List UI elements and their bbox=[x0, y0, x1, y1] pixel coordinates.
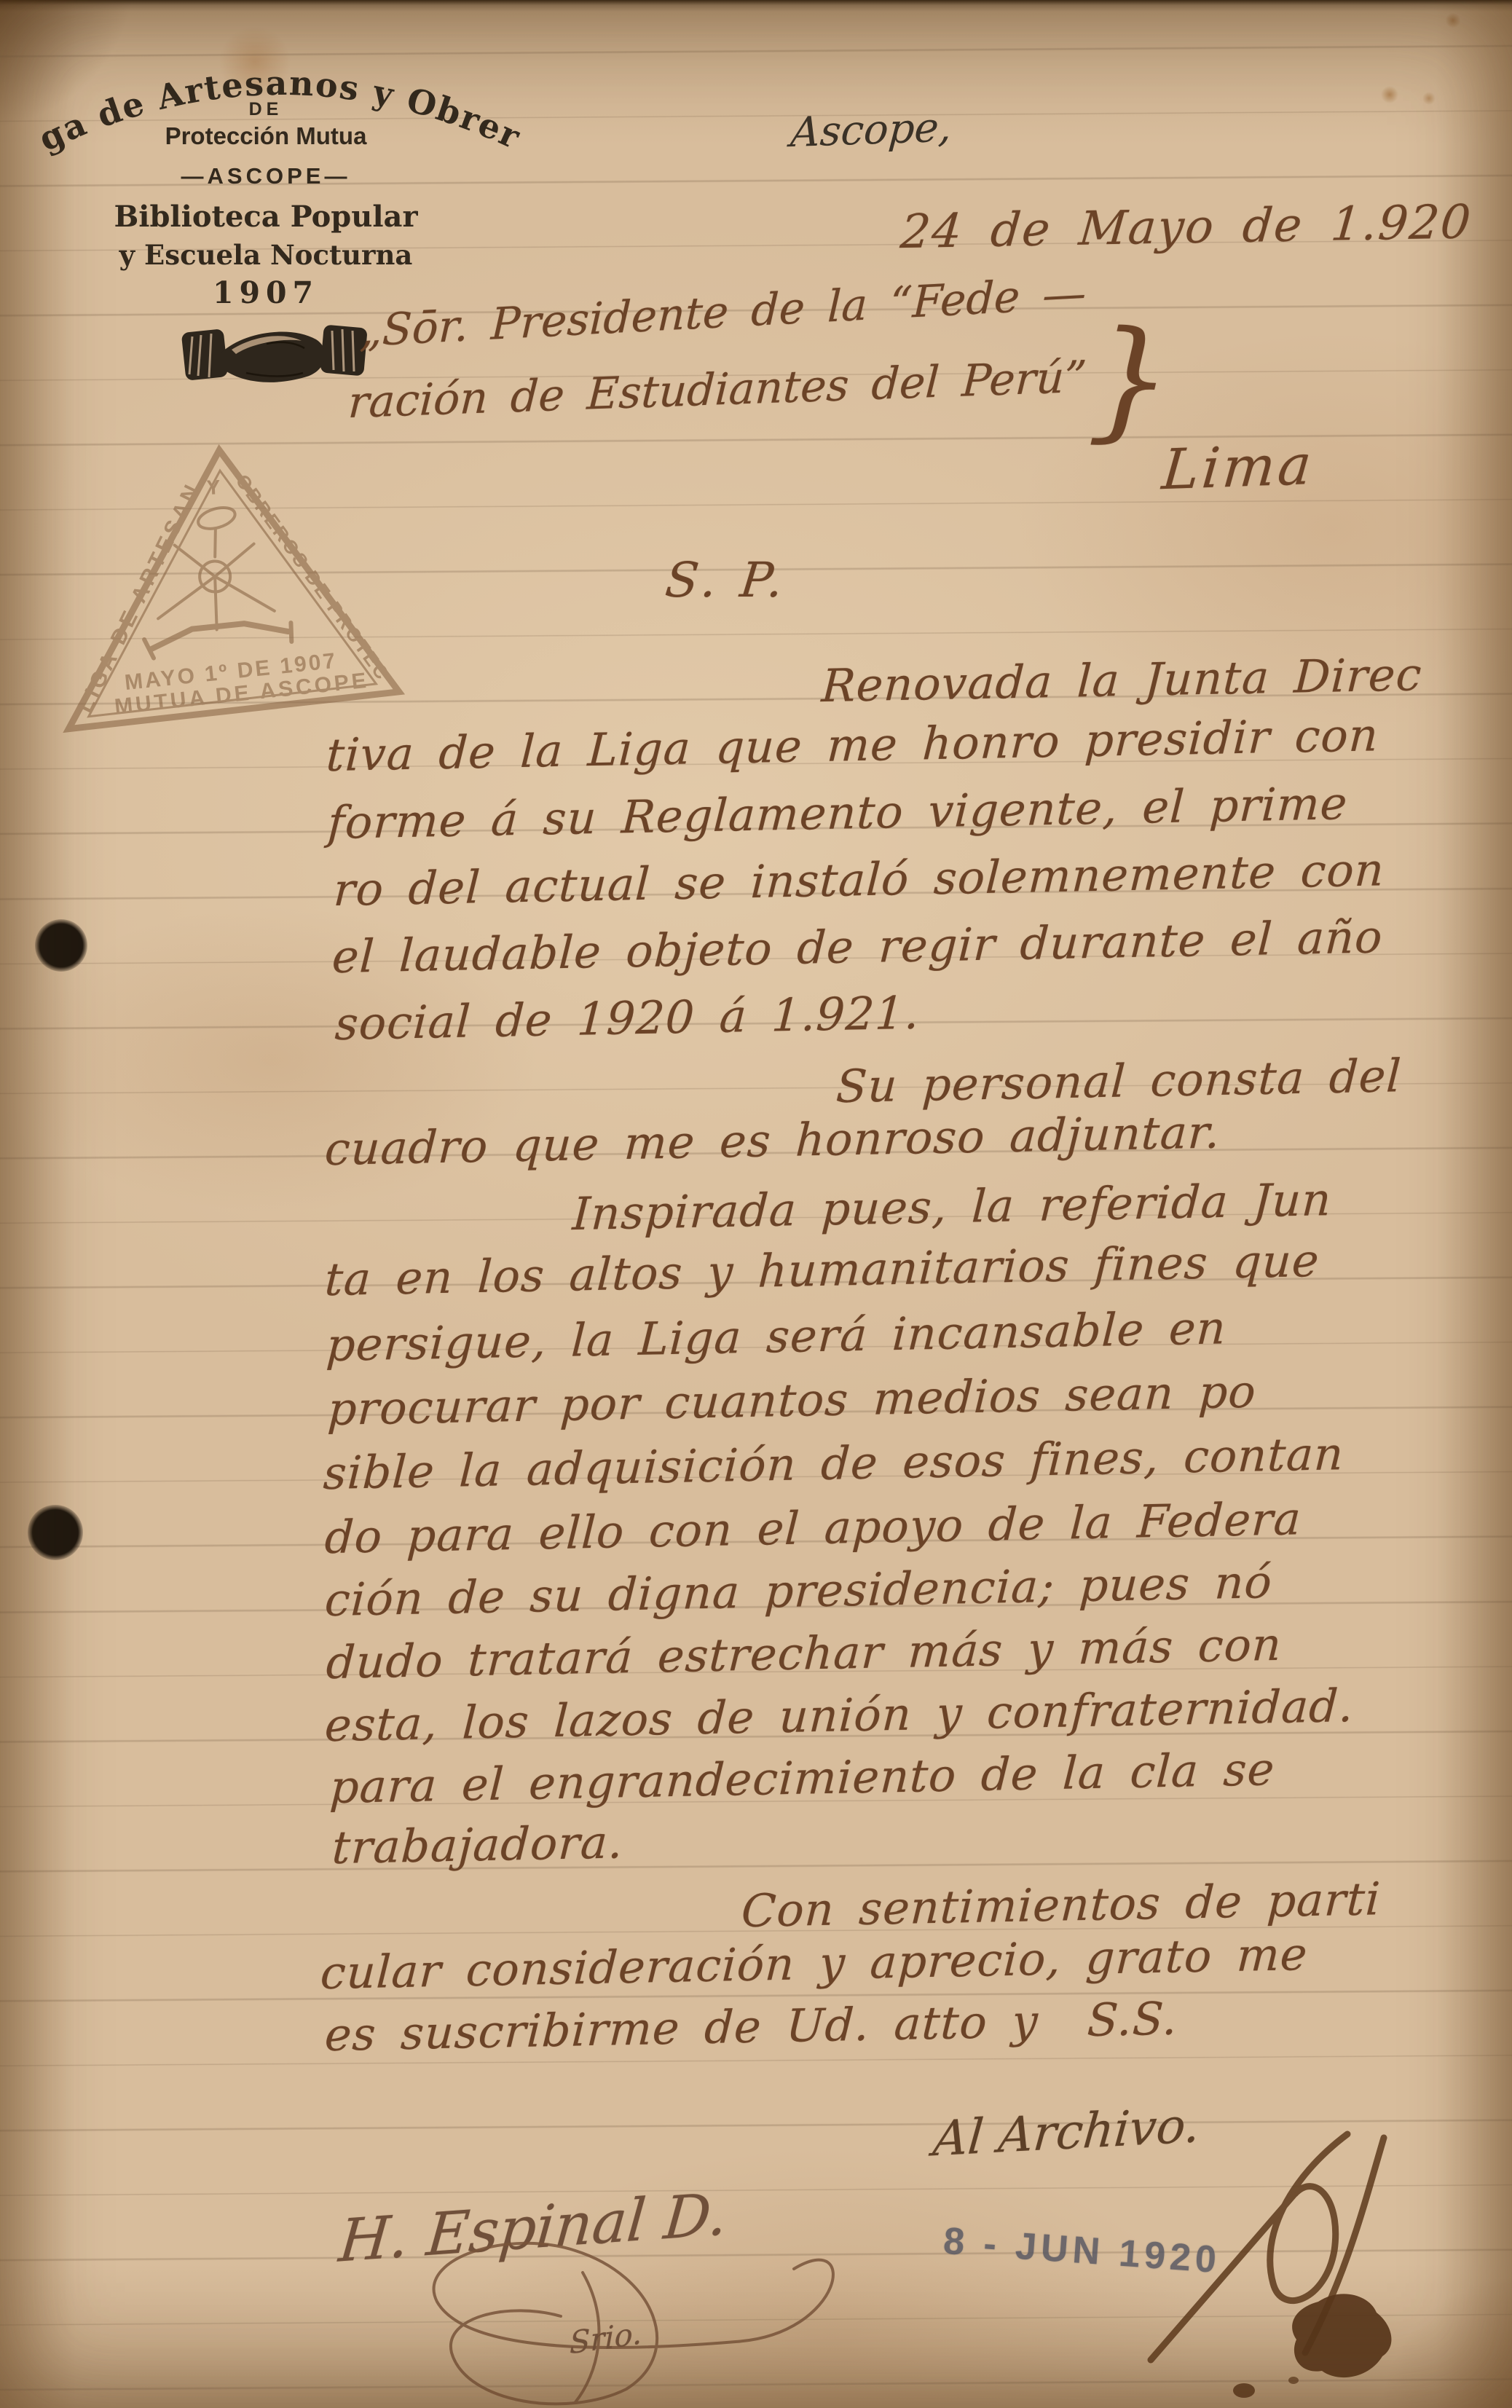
body-line: ro del actual se instaló solemnemente co… bbox=[332, 843, 1385, 916]
city: Lima bbox=[1159, 432, 1317, 503]
seal-apex-text: Y bbox=[206, 476, 221, 499]
punch-hole-top bbox=[35, 919, 87, 972]
body-line: Inspirada pues, la referida Jun bbox=[571, 1173, 1333, 1240]
letter-page: Liga de Artesanos y Obreros DE Protecció… bbox=[0, 0, 1512, 2408]
body-line: social de 1920 á 1.921. bbox=[334, 986, 921, 1050]
letterhead-proteccion: Protección Mutua bbox=[25, 122, 506, 150]
body-line: tiva de la Liga que me honro presidir co… bbox=[325, 708, 1379, 782]
signature-flourish bbox=[320, 2200, 874, 2408]
letterhead-place: Ascope, bbox=[789, 103, 953, 157]
ink-blot bbox=[1151, 2280, 1428, 2408]
punch-hole-bottom bbox=[28, 1505, 83, 1560]
letterhead-escuela: y Escuela Nocturna bbox=[25, 239, 506, 271]
salutation: S. P. bbox=[663, 552, 790, 608]
body-line: persigue, la Liga será incansable en bbox=[325, 1301, 1227, 1372]
addressee-line-2: ración de Estudiantes del Perú” bbox=[347, 352, 1087, 429]
letterhead-biblioteca: Biblioteca Popular bbox=[25, 200, 506, 234]
letter-date: 24 de Mayo de 1.920 bbox=[899, 195, 1474, 259]
addressee-brace: } bbox=[1086, 302, 1175, 457]
body-line: sible la adquisición de esos fines, cont… bbox=[322, 1427, 1345, 1500]
body-line: cuadro que me es honroso adjuntar. bbox=[323, 1105, 1221, 1176]
body-line: es suscribirme de Ud. atto y S.S. bbox=[323, 1992, 1178, 2062]
triangular-seal: LIGA DE ARTESANOS OBREROS DE PROTECCIÓN … bbox=[28, 428, 425, 761]
body-line: ción de su digna presidencia; pues nó bbox=[323, 1555, 1274, 1626]
body-line: dudo tratará estrechar más y más con bbox=[325, 1618, 1283, 1689]
body-line: el laudable objeto de regir durante el a… bbox=[331, 910, 1384, 983]
body-line: do para ello con el apoyo de la Federa bbox=[323, 1492, 1302, 1564]
handshake-icon bbox=[179, 306, 370, 408]
body-line: cular consideración y aprecio, grato me bbox=[319, 1927, 1309, 1999]
body-line: procurar por cuantos medios sean po bbox=[326, 1365, 1257, 1436]
body-line: forme á su Reglamento vigente, el prime bbox=[326, 776, 1349, 849]
body-line: ta en los altos y humanitarios fines que bbox=[323, 1234, 1320, 1306]
letterhead-ascope: —ASCOPE— bbox=[25, 163, 506, 189]
body-line: Renovada la Junta Direc bbox=[820, 648, 1423, 712]
body-line: Su personal consta del bbox=[835, 1049, 1403, 1113]
body-line: para el engrandecimiento de la cla se bbox=[328, 1742, 1276, 1814]
letterhead-de: DE bbox=[25, 99, 506, 120]
body-line: esta, los lazos de unión y confraternida… bbox=[323, 1679, 1355, 1752]
body-line: trabajadora. bbox=[331, 1815, 624, 1874]
